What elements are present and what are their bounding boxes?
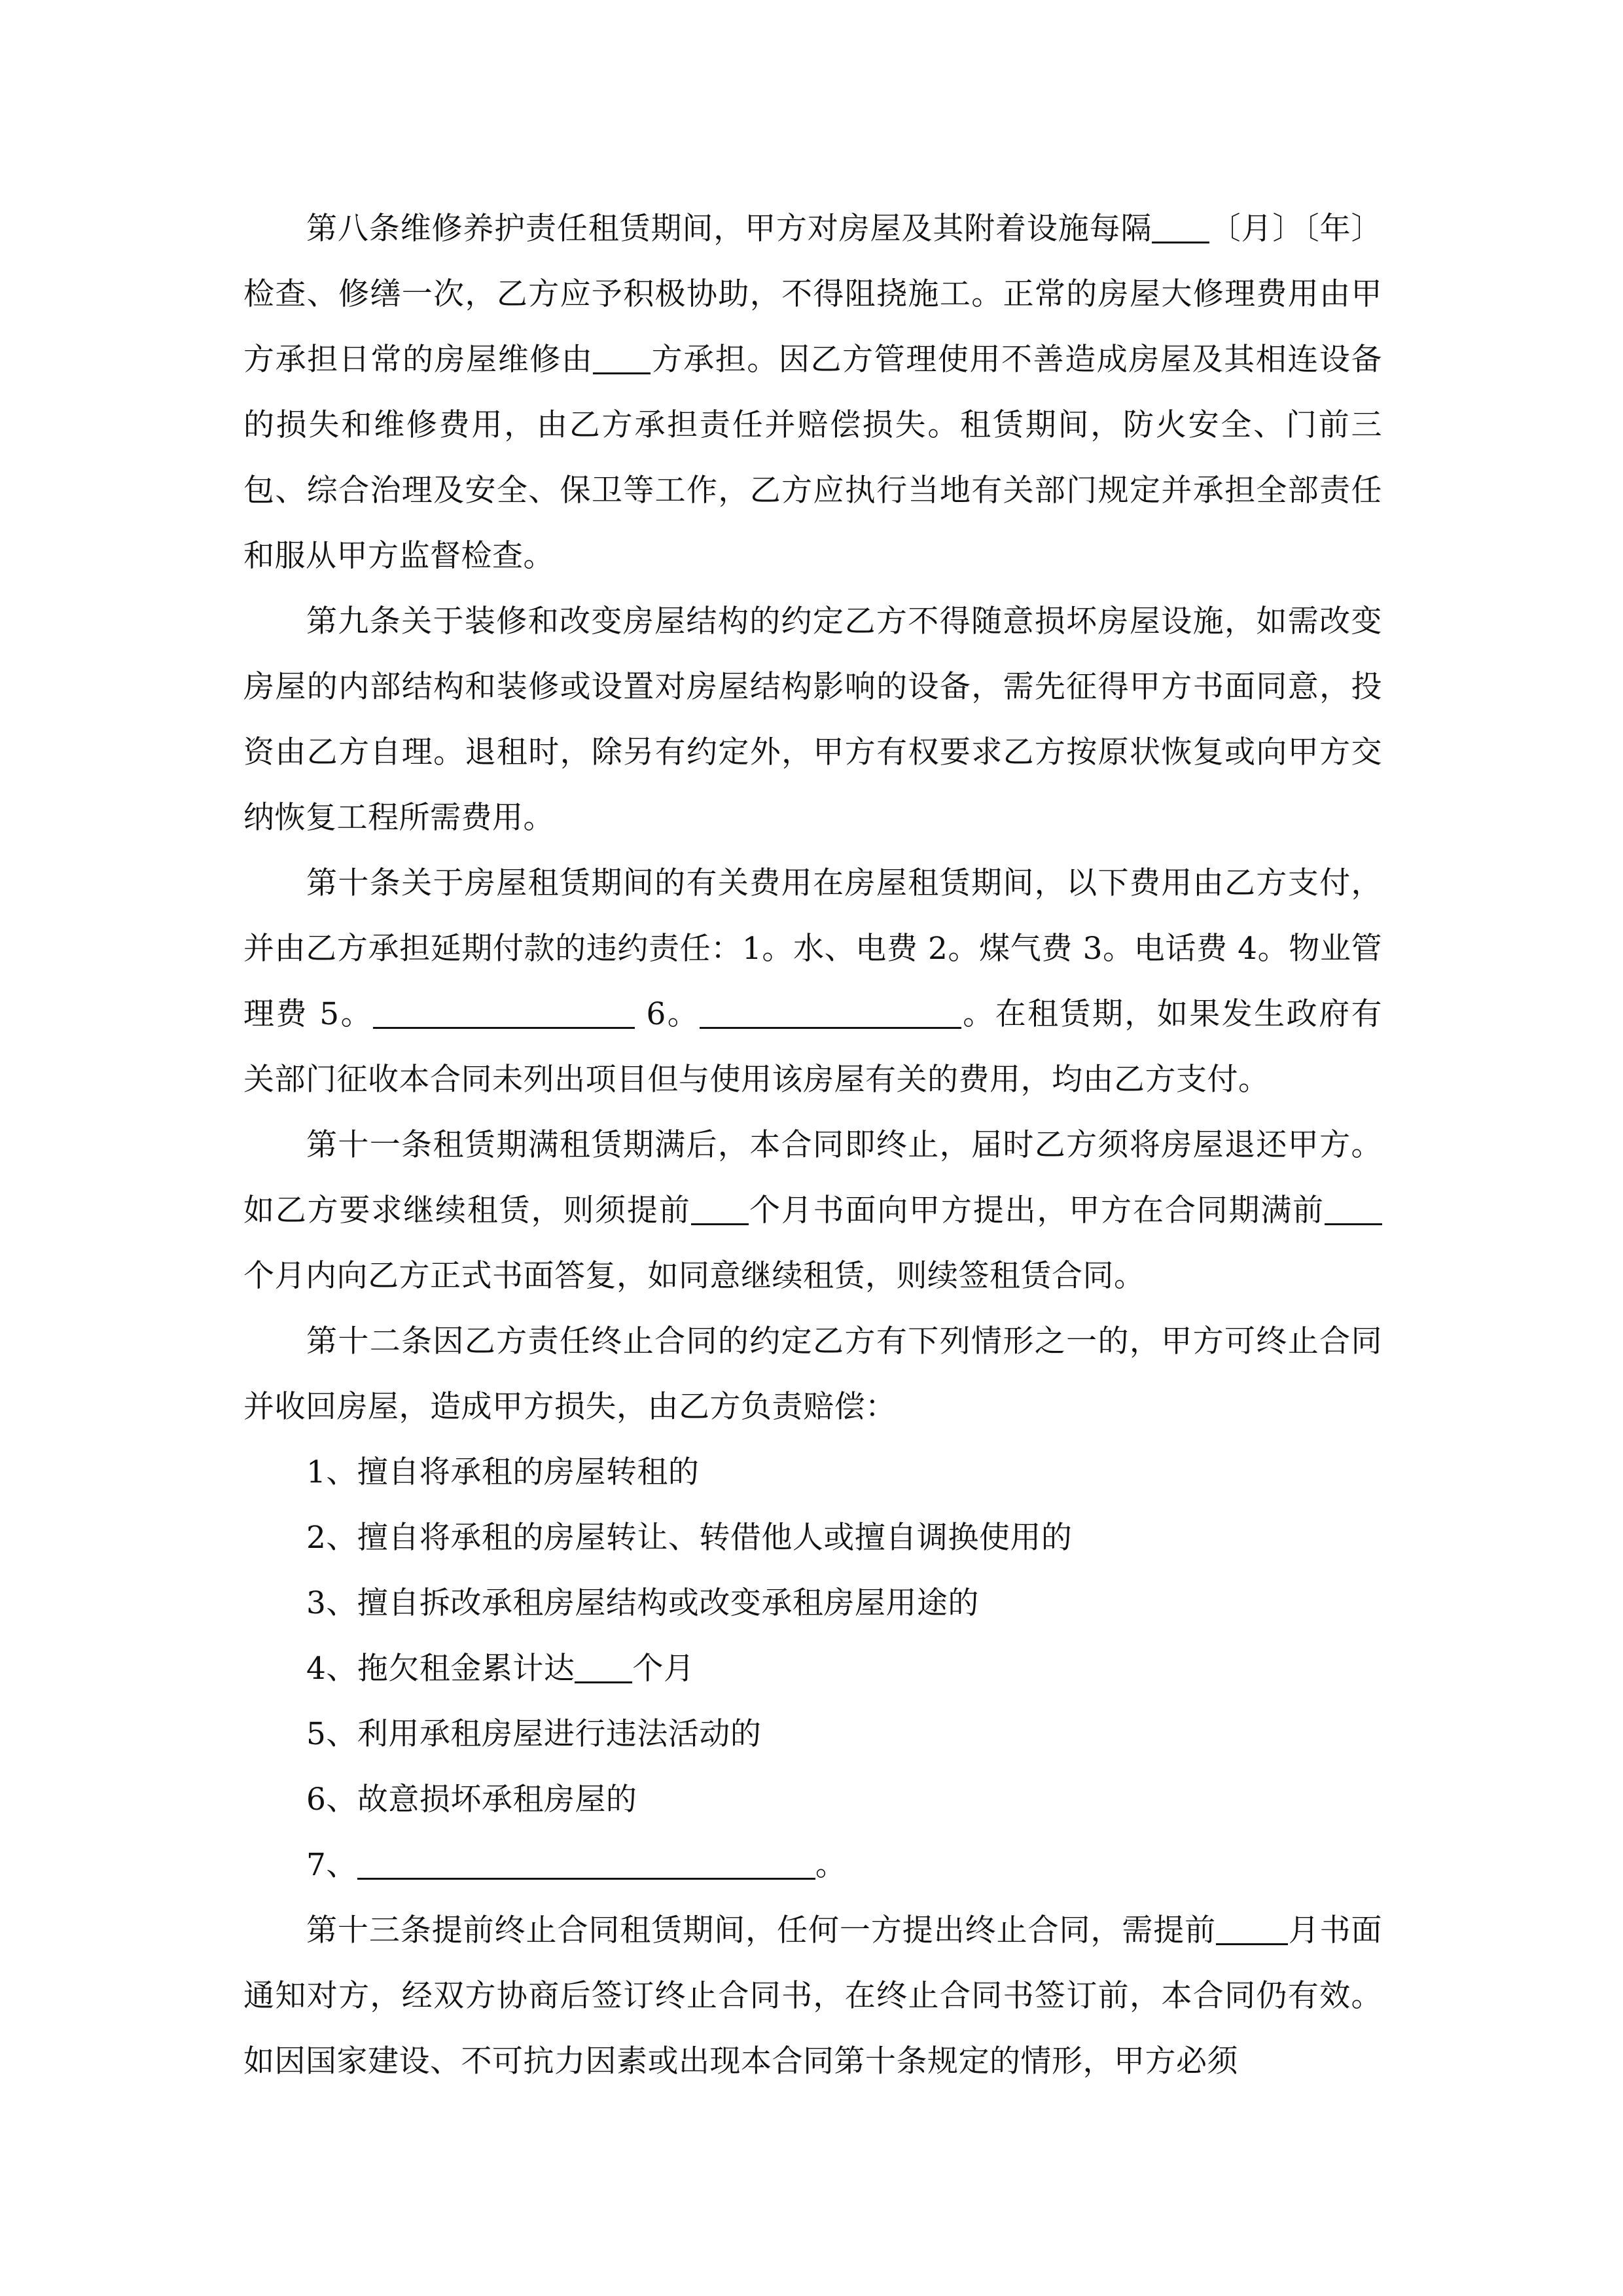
text-segment: 6、故意损坏承租房屋的 <box>306 1782 637 1818</box>
list-item-item-4: 4、拖欠租金累计达个月 <box>243 1636 1382 1702</box>
text-segment: 。 <box>815 1847 847 1883</box>
fill-in-blank <box>1152 211 1209 243</box>
list-item-item-2: 2、擅自将承租的房屋转让、转借他人或擅自调换使用的 <box>243 1505 1382 1571</box>
text-segment: 2、擅自将承租的房屋转让、转借他人或擅自调换使用的 <box>306 1520 1072 1556</box>
fill-in-blank <box>700 996 961 1029</box>
text-segment: 第十三条提前终止合同租赁期间，任何一方提出终止合同，需提前 <box>306 1912 1216 1948</box>
list-item-item-5: 5、利用承租房屋进行违法活动的 <box>243 1702 1382 1767</box>
text-segment: 第十二条因乙方责任终止合同的约定乙方有下列情形之一的，甲方可终止合同并收回房屋，… <box>243 1323 1382 1425</box>
fill-in-blank <box>575 1651 632 1683</box>
paragraph-article-9: 第九条关于装修和改变房屋结构的约定乙方不得随意损坏房屋设施，如需改变房屋的内部结… <box>243 589 1382 851</box>
text-segment: 7、 <box>306 1847 357 1883</box>
fill-in-blank <box>691 1193 749 1225</box>
list-item-item-6: 6、故意损坏承租房屋的 <box>243 1767 1382 1833</box>
list-item-item-1: 1、擅自将承租的房屋转租的 <box>243 1440 1382 1505</box>
list-item-item-7: 7、。 <box>243 1833 1382 1898</box>
text-segment: 个月 <box>632 1651 694 1687</box>
text-segment: 4、拖欠租金累计达 <box>306 1651 575 1687</box>
paragraph-article-13: 第十三条提前终止合同租赁期间，任何一方提出终止合同，需提前月书面通知对方，经双方… <box>243 1898 1382 2094</box>
fill-in-blank <box>1216 1912 1288 1945</box>
contract-body: 第八条维修养护责任租赁期间，甲方对房屋及其附着设施每隔〔月〕〔年〕检查、修缮一次… <box>243 196 1382 2094</box>
text-segment: 第八条维修养护责任租赁期间，甲方对房屋及其附着设施每隔 <box>306 211 1152 247</box>
fill-in-blank <box>1325 1193 1382 1225</box>
text-segment: 5、利用承租房屋进行违法活动的 <box>306 1716 761 1752</box>
fill-in-blank <box>373 996 635 1029</box>
text-segment: 第九条关于装修和改变房屋结构的约定乙方不得随意损坏房屋设施，如需改变房屋的内部结… <box>243 603 1382 836</box>
fill-in-blank <box>593 342 651 374</box>
text-segment: 个月书面向甲方提出，甲方在合同期满前 <box>749 1193 1325 1229</box>
paragraph-article-12: 第十二条因乙方责任终止合同的约定乙方有下列情形之一的，甲方可终止合同并收回房屋，… <box>243 1309 1382 1440</box>
fill-in-blank <box>357 1847 815 1880</box>
text-segment: 3、擅自拆改承租房屋结构或改变承租房屋用途的 <box>306 1585 979 1621</box>
paragraph-article-10: 第十条关于房屋租赁期间的有关费用在房屋租赁期间，以下费用由乙方支付，并由乙方承担… <box>243 851 1382 1113</box>
paragraph-article-8: 第八条维修养护责任租赁期间，甲方对房屋及其附着设施每隔〔月〕〔年〕检查、修缮一次… <box>243 196 1382 589</box>
text-segment: 个月内向乙方正式书面答复，如同意继续租赁，则续签租赁合同。 <box>243 1258 1145 1294</box>
paragraph-article-11: 第十一条租赁期满租赁期满后，本合同即终止，届时乙方须将房屋退还甲方。如乙方要求继… <box>243 1113 1382 1309</box>
list-item-item-3: 3、擅自拆改承租房屋结构或改变承租房屋用途的 <box>243 1571 1382 1636</box>
document-page: 第八条维修养护责任租赁期间，甲方对房屋及其附着设施每隔〔月〕〔年〕检查、修缮一次… <box>0 0 1623 2296</box>
text-segment: 1、擅自将承租的房屋转租的 <box>306 1454 699 1490</box>
text-segment: 6。 <box>635 996 700 1032</box>
